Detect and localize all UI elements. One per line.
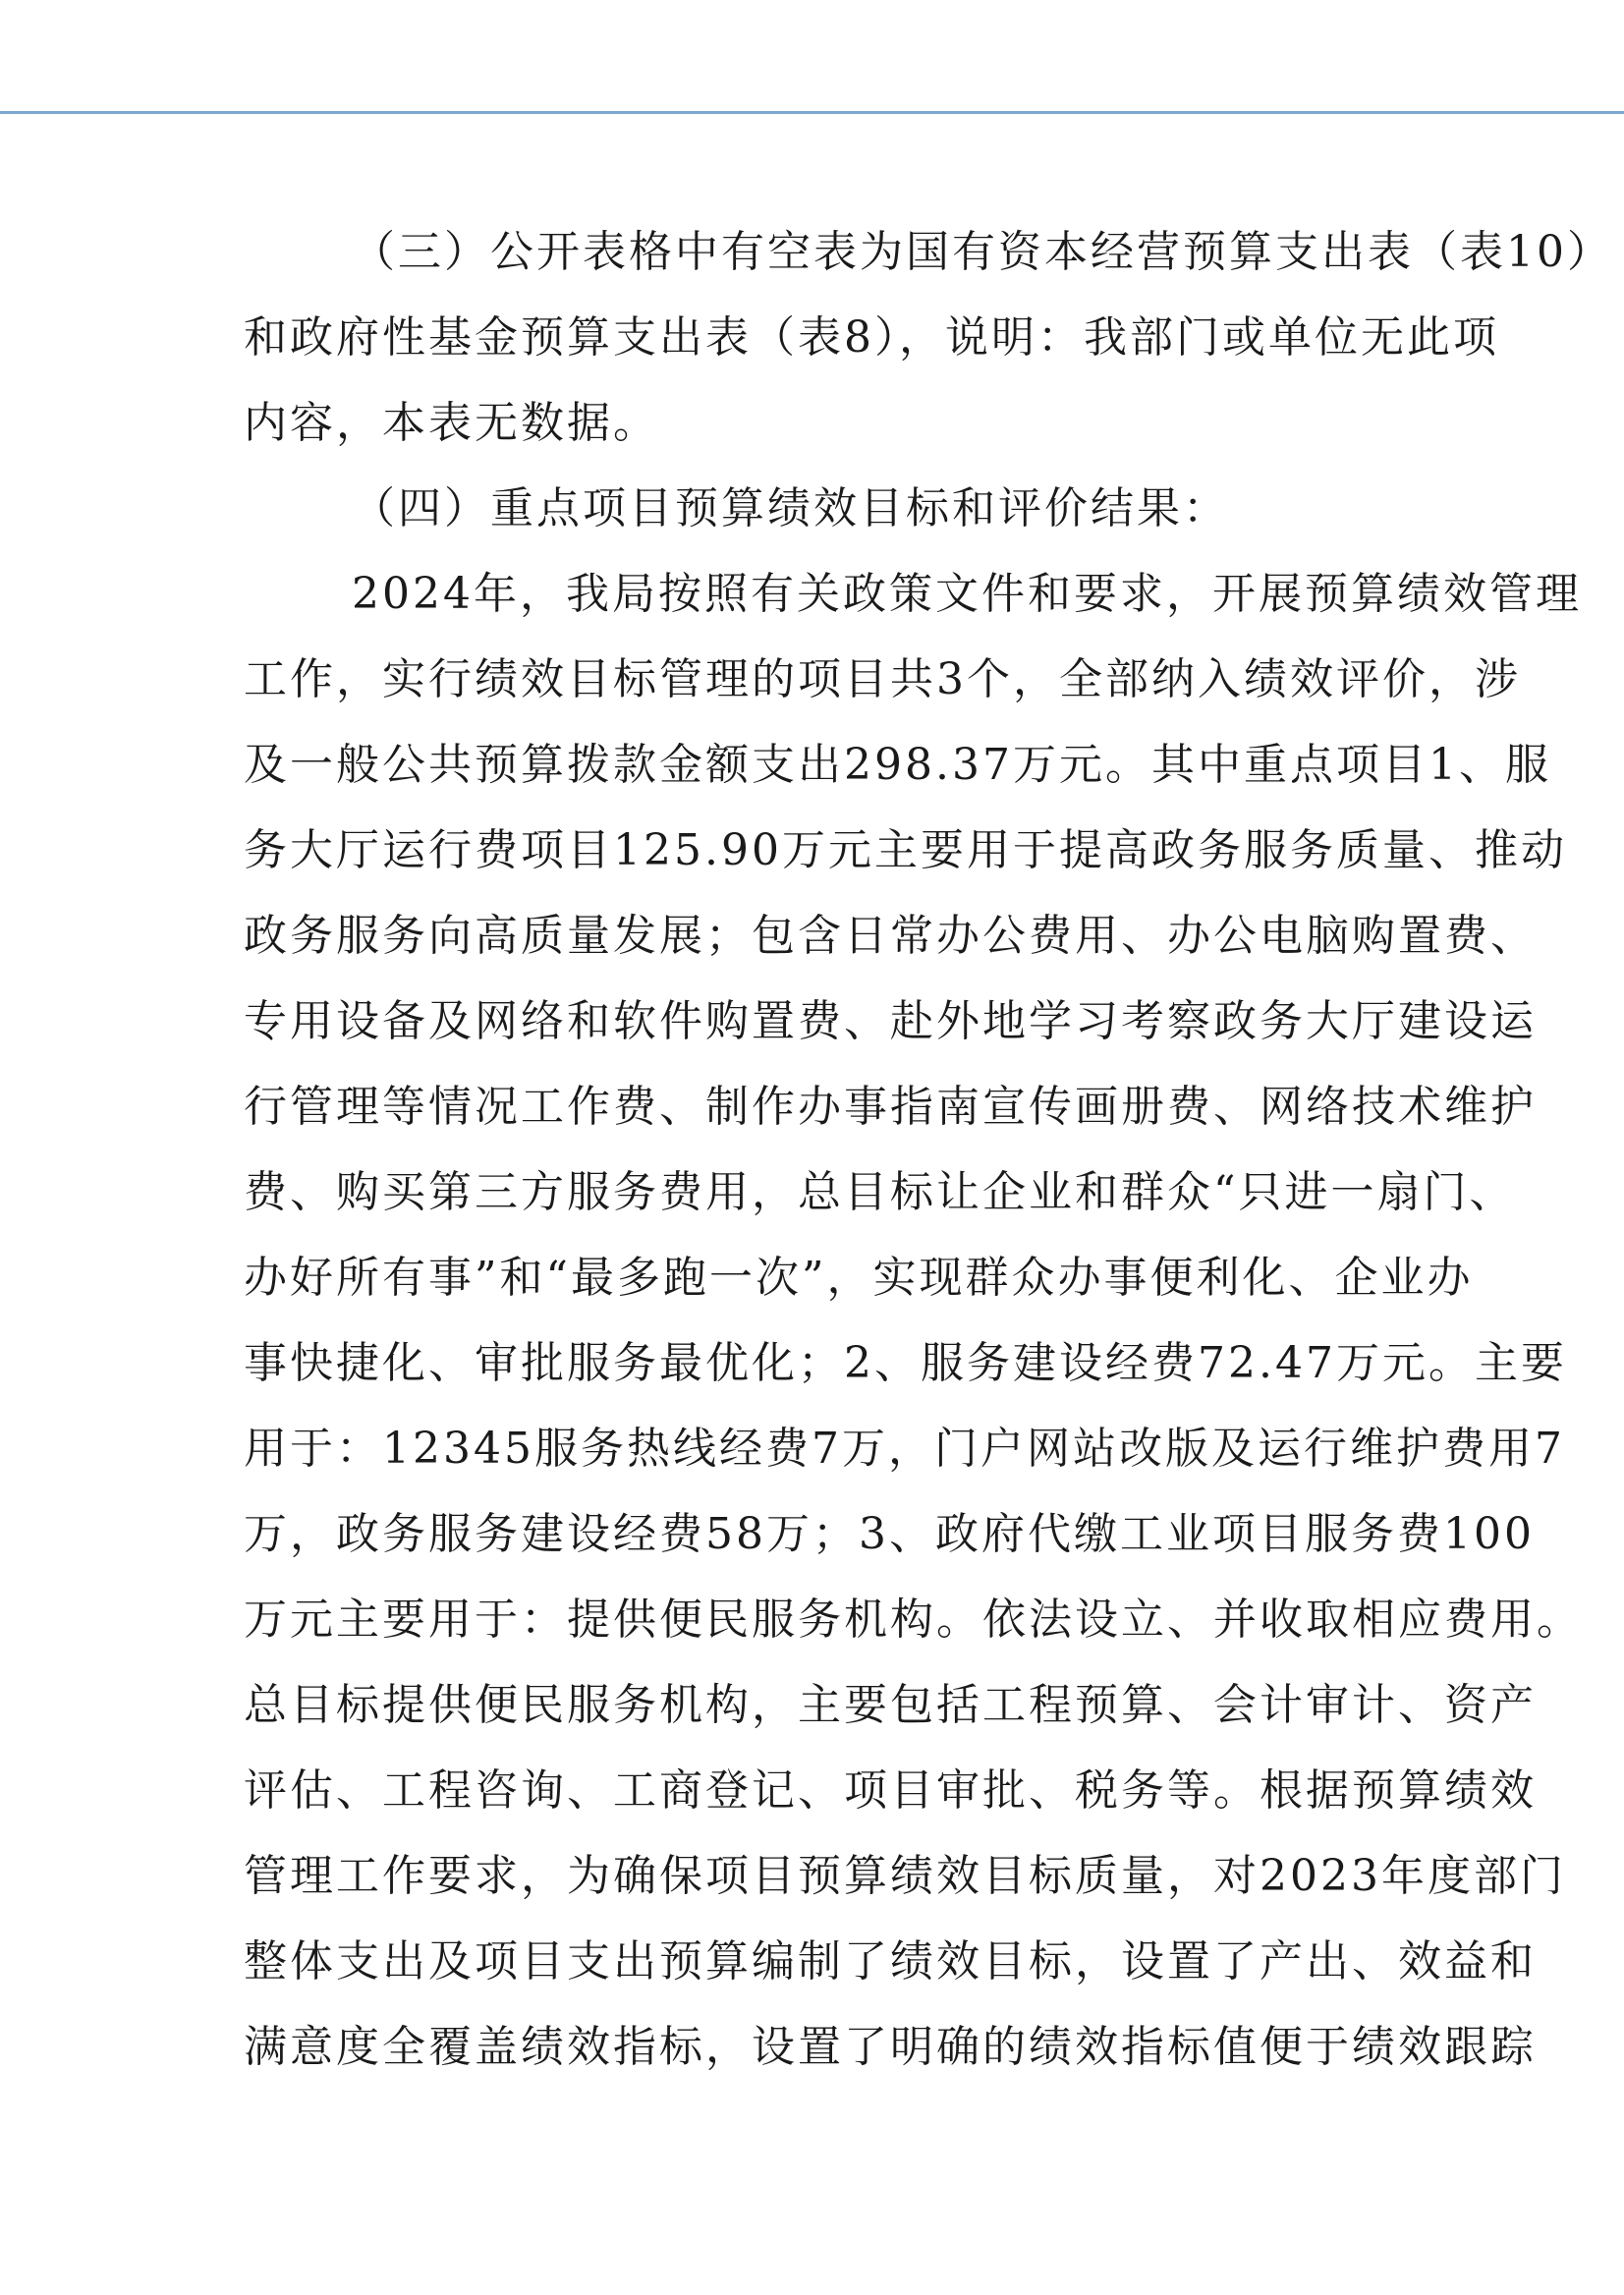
paragraph-line: 和政府性基金预算支出表（表8），说明：我部门或单位无此项 bbox=[244, 295, 1462, 380]
paragraph-line: 办好所有事”和“最多跑一次”，实现群众办事便利化、企业办 bbox=[244, 1235, 1462, 1320]
paragraph-line: 满意度全覆盖绩效指标，设置了明确的绩效指标值便于绩效跟踪 bbox=[244, 2004, 1462, 2090]
paragraph-line: 工作，实行绩效目标管理的项目共3个，全部纳入绩效评价，涉 bbox=[244, 637, 1462, 722]
paragraph-line: 整体支出及项目支出预算编制了绩效目标，设置了产出、效益和 bbox=[244, 1919, 1462, 2004]
paragraph-line: 万，政务服务建设经费58万；3、政府代缴工业项目服务费100 bbox=[244, 1491, 1462, 1577]
document-body: （三）公开表格中有空表为国有资本经营预算支出表（表10） 和政府性基金预算支出表… bbox=[244, 209, 1462, 2090]
paragraph-line: 评估、工程咨询、工商登记、项目审批、税务等。根据预算绩效 bbox=[244, 1748, 1462, 1833]
paragraph-line: 及一般公共预算拨款金额支出298.37万元。其中重点项目1、服 bbox=[244, 722, 1462, 808]
paragraph-line: 内容，本表无数据。 bbox=[244, 380, 1462, 466]
paragraph-line: 行管理等情况工作费、制作办事指南宣传画册费、网络技术维护 bbox=[244, 1064, 1462, 1149]
paragraph-line: 2024年，我局按照有关政策文件和要求，开展预算绩效管理 bbox=[244, 551, 1462, 637]
header-rule bbox=[0, 111, 1624, 114]
section-4-paragraph: 2024年，我局按照有关政策文件和要求，开展预算绩效管理 工作，实行绩效目标管理… bbox=[244, 551, 1462, 2090]
paragraph-line: 总目标提供便民服务机构，主要包括工程预算、会计审计、资产 bbox=[244, 1662, 1462, 1748]
section-4-heading: （四）重点项目预算绩效目标和评价结果： bbox=[244, 466, 1462, 551]
paragraph-line: 管理工作要求，为确保项目预算绩效目标质量，对2023年度部门 bbox=[244, 1833, 1462, 1919]
paragraph-line: 用于：12345服务热线经费7万，门户网站改版及运行维护费用7 bbox=[244, 1406, 1462, 1491]
paragraph-line: 政务服务向高质量发展；包含日常办公费用、办公电脑购置费、 bbox=[244, 893, 1462, 979]
paragraph-line: 专用设备及网络和软件购置费、赴外地学习考察政务大厅建设运 bbox=[244, 979, 1462, 1064]
paragraph-line: 万元主要用于：提供便民服务机构。依法设立、并收取相应费用。 bbox=[244, 1577, 1462, 1662]
paragraph-line: 事快捷化、审批服务最优化；2、服务建设经费72.47万元。主要 bbox=[244, 1320, 1462, 1406]
section-heading: （四）重点项目预算绩效目标和评价结果： bbox=[244, 466, 1462, 551]
paragraph-line: 务大厅运行费项目125.90万元主要用于提高政务服务质量、推动 bbox=[244, 808, 1462, 893]
section-3-paragraph: （三）公开表格中有空表为国有资本经营预算支出表（表10） 和政府性基金预算支出表… bbox=[244, 209, 1462, 466]
paragraph-line: （三）公开表格中有空表为国有资本经营预算支出表（表10） bbox=[244, 209, 1462, 295]
paragraph-line: 费、购买第三方服务费用，总目标让企业和群众“只进一扇门、 bbox=[244, 1149, 1462, 1235]
